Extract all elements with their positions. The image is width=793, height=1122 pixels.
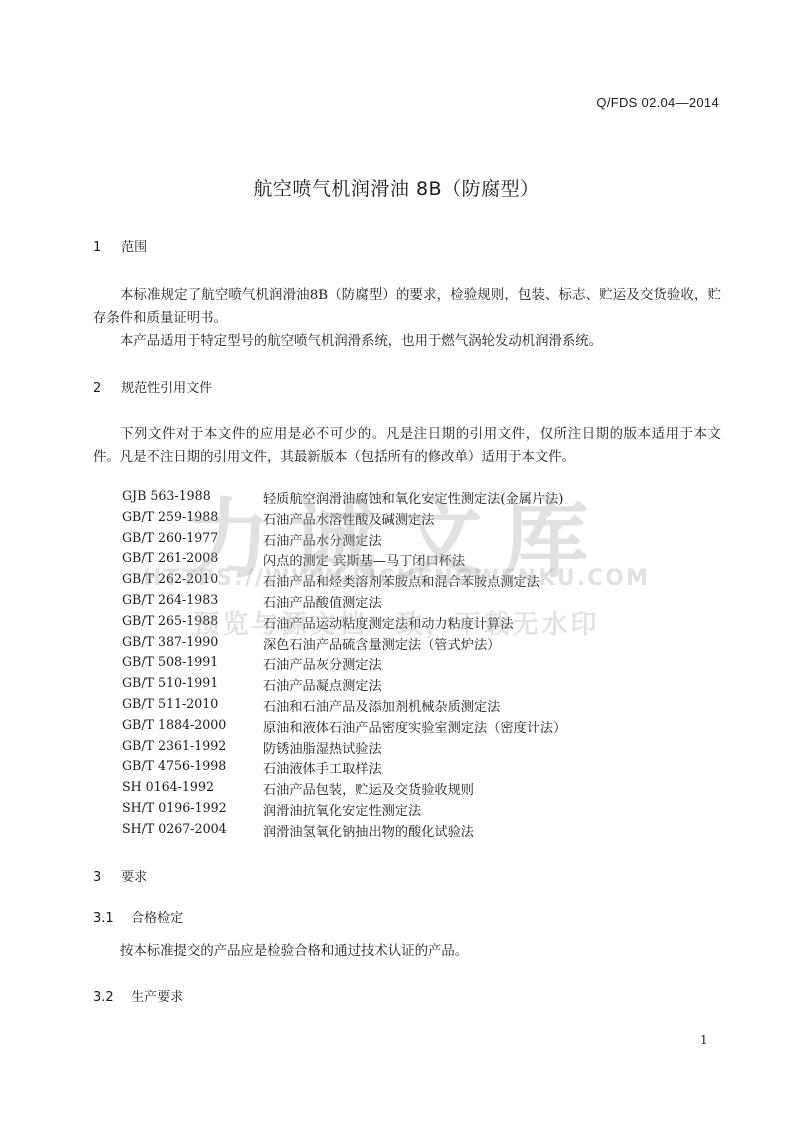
reference-item: GB/T 261-2008闪点的测定 宾斯基—马丁闭口杯法 <box>122 550 566 571</box>
reference-item: GB/T 260-1977石油产品水分测定法 <box>122 530 566 551</box>
reference-code: GJB 563-1988 <box>122 488 263 509</box>
reference-title: 防锈油脂湿热试验法 <box>263 738 382 759</box>
reference-code: GB/T 261-2008 <box>122 550 263 571</box>
reference-code: GB/T 260-1977 <box>122 530 263 551</box>
reference-title: 闪点的测定 宾斯基—马丁闭口杯法 <box>263 550 465 571</box>
section-1-heading: 1 范围 <box>93 236 147 255</box>
reference-title: 石油产品水分测定法 <box>263 530 382 551</box>
paragraph: 本产品适用于特定型号的航空喷气机润滑系统，也用于燃气涡轮发动机润滑系统。 <box>93 330 721 353</box>
reference-title: 石油产品酸值测定法 <box>263 592 382 613</box>
reference-code: GB/T 264-1983 <box>122 592 263 613</box>
section-3-heading: 3 要求 <box>93 866 147 885</box>
section-2-body: 下列文件对于本文件的应用是必不可少的。凡是注日期的引用文件，仅所注日期的版本适用… <box>93 423 721 469</box>
section-title: 范围 <box>121 240 147 255</box>
section-number: 3 <box>93 870 117 885</box>
reference-code: GB/T 2361-1992 <box>122 738 263 759</box>
reference-code: SH 0164-1992 <box>122 779 263 800</box>
reference-code: GB/T 510-1991 <box>122 675 263 696</box>
reference-item: GB/T 264-1983石油产品酸值测定法 <box>122 592 566 613</box>
reference-title: 石油产品包装，贮运及交货验收规则 <box>263 779 474 800</box>
section-number: 3.1 <box>93 911 127 926</box>
reference-title: 石油产品运动粘度测定法和动力粘度计算法 <box>263 613 514 634</box>
reference-item: GB/T 259-1988石油产品水溶性酸及碱测定法 <box>122 509 566 530</box>
reference-code: SH/T 0196-1992 <box>122 800 263 821</box>
reference-code: GB/T 511-2010 <box>122 696 263 717</box>
document-page: Q/FDS 02.04—2014 航空喷气机润滑油 8B（防腐型） 1 范围 本… <box>0 0 793 1122</box>
reference-item: GB/T 510-1991石油产品凝点测定法 <box>122 675 566 696</box>
reference-code: SH/T 0267-2004 <box>122 821 263 842</box>
reference-title: 石油产品水溶性酸及碱测定法 <box>263 509 434 530</box>
reference-item: SH/T 0267-2004润滑油氢氧化钠抽出物的酸化试验法 <box>122 821 566 842</box>
section-title: 生产要求 <box>131 990 183 1005</box>
reference-list: GJB 563-1988轻质航空润滑油腐蚀和氧化安定性测定法(金属片法) GB/… <box>122 488 566 842</box>
section-number: 3.2 <box>93 990 127 1005</box>
reference-title: 石油产品灰分测定法 <box>263 654 382 675</box>
reference-title: 石油产品凝点测定法 <box>263 675 382 696</box>
standard-code: Q/FDS 02.04—2014 <box>596 95 719 110</box>
reference-item: SH 0164-1992石油产品包装，贮运及交货验收规则 <box>122 779 566 800</box>
reference-item: GB/T 511-2010石油和石油产品及添加剂机械杂质测定法 <box>122 696 566 717</box>
section-2-heading: 2 规范性引用文件 <box>93 377 212 396</box>
paragraph: 下列文件对于本文件的应用是必不可少的。凡是注日期的引用文件，仅所注日期的版本适用… <box>93 423 721 469</box>
reference-item: GB/T 387-1990深色石油产品硫含量测定法（管式炉法） <box>122 634 566 655</box>
reference-title: 石油产品和烃类溶剂苯胺点和混合苯胺点测定法 <box>263 571 540 592</box>
reference-item: GB/T 4756-1998石油液体手工取样法 <box>122 758 566 779</box>
reference-code: GB/T 262-2010 <box>122 571 263 592</box>
reference-item: GB/T 1884-2000原油和液体石油产品密度实验室测定法（密度计法） <box>122 717 566 738</box>
paragraph: 本标准规定了航空喷气机润滑油8B（防腐型）的要求，检验规则，包装、标志、贮运及交… <box>93 284 721 330</box>
reference-title: 原油和液体石油产品密度实验室测定法（密度计法） <box>263 717 566 738</box>
reference-title: 润滑油氢氧化钠抽出物的酸化试验法 <box>263 821 474 842</box>
reference-item: GB/T 262-2010石油产品和烃类溶剂苯胺点和混合苯胺点测定法 <box>122 571 566 592</box>
section-number: 2 <box>93 381 117 396</box>
reference-title: 深色石油产品硫含量测定法（管式炉法） <box>263 634 500 655</box>
document-title: 航空喷气机润滑油 8B（防腐型） <box>0 174 793 201</box>
reference-item: GJB 563-1988轻质航空润滑油腐蚀和氧化安定性测定法(金属片法) <box>122 488 566 509</box>
reference-item: GB/T 2361-1992防锈油脂湿热试验法 <box>122 738 566 759</box>
section-3-1-body: 按本标准提交的产品应是检验合格和通过技术认证的产品。 <box>93 940 721 963</box>
reference-item: GB/T 265-1988石油产品运动粘度测定法和动力粘度计算法 <box>122 613 566 634</box>
section-title: 要求 <box>121 870 147 885</box>
page-number: 1 <box>700 1033 708 1047</box>
reference-code: GB/T 259-1988 <box>122 509 263 530</box>
reference-item: GB/T 508-1991石油产品灰分测定法 <box>122 654 566 675</box>
section-title: 规范性引用文件 <box>121 381 212 396</box>
reference-code: GB/T 508-1991 <box>122 654 263 675</box>
reference-title: 轻质航空润滑油腐蚀和氧化安定性测定法(金属片法) <box>263 488 563 509</box>
reference-title: 石油液体手工取样法 <box>263 758 382 779</box>
section-title: 合格检定 <box>131 911 183 926</box>
section-3-2-heading: 3.2 生产要求 <box>93 986 183 1005</box>
section-3-1-heading: 3.1 合格检定 <box>93 907 183 926</box>
reference-title: 润滑油抗氧化安定性测定法 <box>263 800 421 821</box>
paragraph: 按本标准提交的产品应是检验合格和通过技术认证的产品。 <box>93 940 721 963</box>
reference-code: GB/T 1884-2000 <box>122 717 263 738</box>
reference-item: SH/T 0196-1992润滑油抗氧化安定性测定法 <box>122 800 566 821</box>
reference-title: 石油和石油产品及添加剂机械杂质测定法 <box>263 696 500 717</box>
reference-code: GB/T 265-1988 <box>122 613 263 634</box>
section-number: 1 <box>93 240 117 255</box>
reference-code: GB/T 387-1990 <box>122 634 263 655</box>
reference-code: GB/T 4756-1998 <box>122 758 263 779</box>
section-1-body: 本标准规定了航空喷气机润滑油8B（防腐型）的要求，检验规则，包装、标志、贮运及交… <box>93 284 721 353</box>
